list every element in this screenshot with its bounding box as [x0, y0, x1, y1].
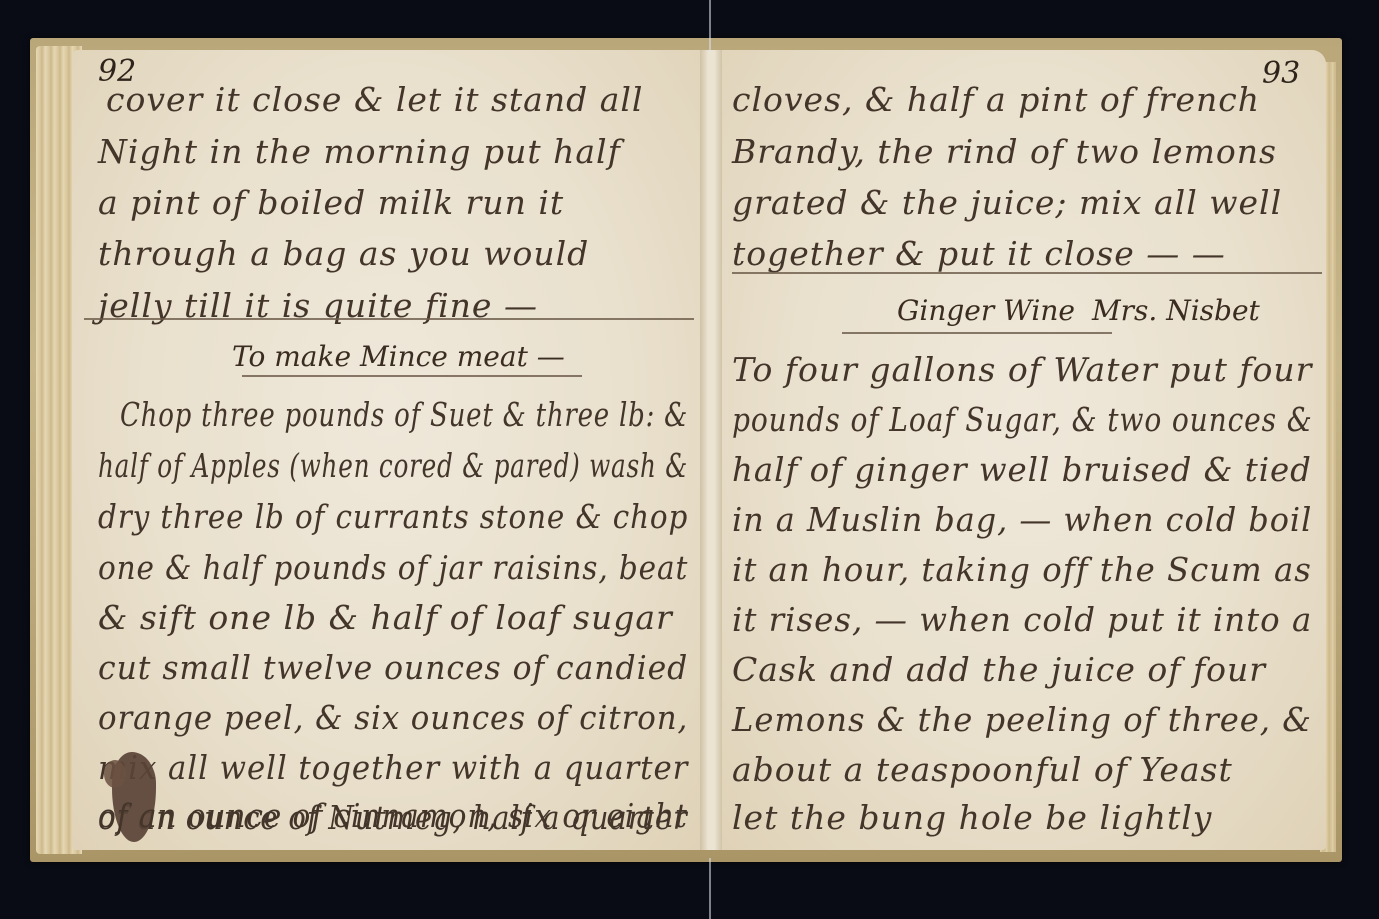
text-line: in a Muslin bag, — when cold boil	[732, 500, 1312, 539]
recipe-attribution: Mrs. Nisbet	[1092, 294, 1260, 327]
ink-stain	[104, 760, 126, 788]
left-page: 92 cover it close & let it stand all Nig…	[72, 50, 702, 850]
text-line: pounds of Loaf Sugar, & two ounces &	[732, 400, 1313, 439]
text-line: let the bung hole be lightly	[732, 798, 1212, 837]
binding-thread	[709, 0, 711, 52]
text-line: one & half pounds of jar raisins, beat	[98, 548, 688, 587]
title-underline	[242, 375, 582, 377]
text-line: cut small twelve ounces of candied	[98, 648, 688, 687]
text-line: dry three lb of currants stone & chop	[98, 497, 688, 536]
text-line: To four gallons of Water put four	[732, 350, 1312, 389]
text-line: Night in the morning put half	[98, 132, 621, 171]
section-divider	[84, 318, 694, 320]
text-line: a pint of boiled milk run it	[98, 183, 564, 222]
recipe-title: Ginger Wine	[897, 294, 1075, 327]
right-page: 93 cloves, & half a pint of french Brand…	[722, 50, 1326, 850]
text-line: grated & the juice; mix all well	[732, 183, 1282, 222]
section-divider	[732, 272, 1322, 274]
title-underline	[842, 332, 1112, 334]
text-line: of an ounce of cinnamon, six or eight	[98, 796, 688, 835]
text-line: orange peel, & six ounces of citron,	[98, 698, 688, 737]
page-number-right: 93	[1262, 56, 1300, 91]
text-line: half of Apples (when cored & pared) wash…	[98, 446, 688, 485]
text-line: Chop three pounds of Suet & three lb: &	[120, 395, 688, 434]
text-line: & sift one lb & half of loaf sugar	[98, 598, 673, 637]
text-line: about a teaspoonful of Yeast	[732, 750, 1233, 789]
text-line: it an hour, taking off the Scum as	[732, 550, 1312, 589]
text-line: cover it close & let it stand all	[106, 80, 643, 119]
text-line: half of ginger well bruised & tied	[732, 450, 1312, 489]
text-line: Lemons & the peeling of three, &	[732, 700, 1312, 739]
text-line: together & put it close — —	[732, 234, 1226, 273]
binding-thread	[709, 858, 711, 919]
recipe-title: To make Mince meat —	[232, 340, 565, 373]
book-gutter	[700, 50, 724, 850]
text-line: cloves, & half a pint of french	[732, 80, 1260, 119]
text-line: mix all well together with a quarter	[98, 748, 688, 787]
text-line: it rises, — when cold put it into a	[732, 600, 1312, 639]
text-line: through a bag as you would	[98, 234, 589, 273]
text-line: Brandy, the rind of two lemons	[732, 132, 1277, 171]
text-line: Cask and add the juice of four	[732, 650, 1266, 689]
